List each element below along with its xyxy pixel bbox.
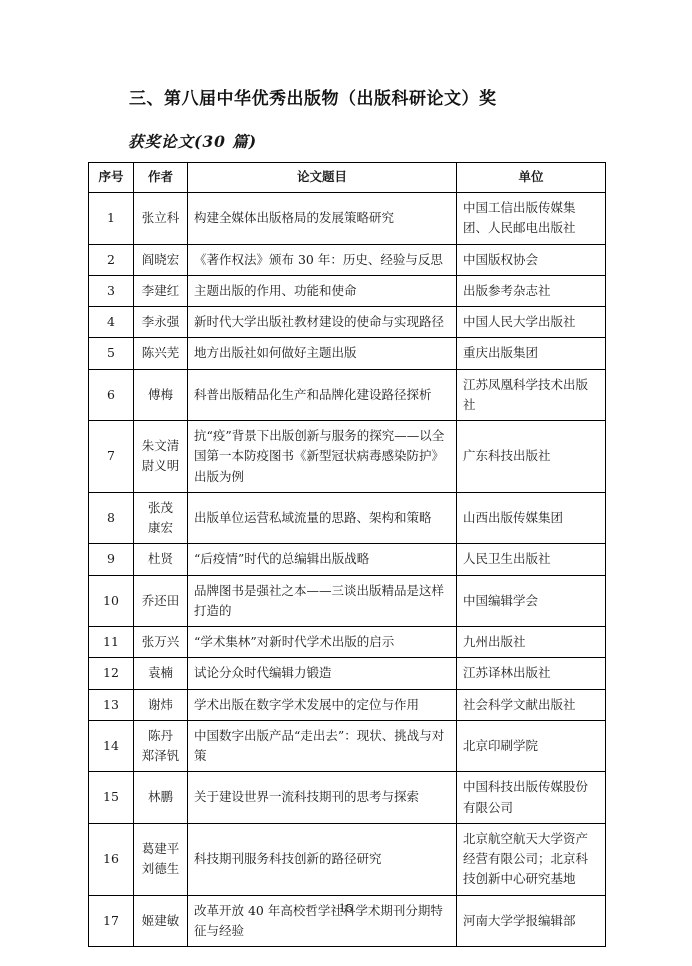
table-row: 14 陈丹 郑泽钒 中国数字出版产品“走出去”：现状、挑战与对策 北京印刷学院	[89, 720, 606, 772]
award-papers-table: 序号 作者 论文题目 单位 1 张立科 构建全媒体出版格局的发展策略研究 中国工…	[88, 162, 606, 947]
cell-paper-title: 试论分众时代编辑力锻造	[188, 658, 457, 689]
cell-organization: 江苏凤凰科学技术出版社	[457, 369, 606, 421]
table-header-row: 序号 作者 论文题目 单位	[89, 163, 606, 193]
cell-organization: 九州出版社	[457, 627, 606, 658]
cell-organization: 人民卫生出版社	[457, 544, 606, 575]
cell-author: 葛建平 刘德生	[134, 823, 188, 895]
cell-paper-title: 构建全媒体出版格局的发展策略研究	[188, 193, 457, 245]
cell-serial-number: 12	[89, 658, 134, 689]
cell-author: 张茂 康宏	[134, 492, 188, 544]
cell-organization: 山西出版传媒集团	[457, 492, 606, 544]
column-header-author: 作者	[134, 163, 188, 193]
cell-paper-title: 出版单位运营私域流量的思路、架构和策略	[188, 492, 457, 544]
table-row: 5 陈兴芜 地方出版社如何做好主题出版 重庆出版集团	[89, 338, 606, 369]
cell-serial-number: 10	[89, 575, 134, 627]
cell-author: 朱文清 尉义明	[134, 421, 188, 493]
cell-paper-title: 地方出版社如何做好主题出版	[188, 338, 457, 369]
cell-serial-number: 11	[89, 627, 134, 658]
table-row: 3 李建红 主题出版的作用、功能和使命 出版参考杂志社	[89, 275, 606, 306]
cell-serial-number: 3	[89, 275, 134, 306]
cell-paper-title: “后疫情”时代的总编辑出版战略	[188, 544, 457, 575]
cell-serial-number: 14	[89, 720, 134, 772]
column-header-no: 序号	[89, 163, 134, 193]
cell-author: 李永强	[134, 307, 188, 338]
cell-organization: 江苏译林出版社	[457, 658, 606, 689]
column-header-unit: 单位	[457, 163, 606, 193]
cell-author: 陈兴芜	[134, 338, 188, 369]
cell-serial-number: 13	[89, 689, 134, 720]
cell-author: 谢炜	[134, 689, 188, 720]
table-body: 1 张立科 构建全媒体出版格局的发展策略研究 中国工信出版传媒集团、人民邮电出版…	[89, 193, 606, 947]
cell-author: 李建红	[134, 275, 188, 306]
table-row: 9 杜贤 “后疫情”时代的总编辑出版战略 人民卫生出版社	[89, 544, 606, 575]
cell-serial-number: 7	[89, 421, 134, 493]
cell-serial-number: 9	[89, 544, 134, 575]
cell-organization: 社会科学文献出版社	[457, 689, 606, 720]
cell-author: 张立科	[134, 193, 188, 245]
table-row: 16 葛建平 刘德生 科技期刊服务科技创新的路径研究 北京航空航天大学资产经营有…	[89, 823, 606, 895]
cell-paper-title: 科普出版精品化生产和品牌化建设路径探析	[188, 369, 457, 421]
cell-organization: 中国工信出版传媒集团、人民邮电出版社	[457, 193, 606, 245]
cell-organization: 北京航空航天大学资产经营有限公司；北京科技创新中心研究基地	[457, 823, 606, 895]
section-heading: 三、第八届中华优秀出版物（出版科研论文）奖	[129, 84, 652, 109]
cell-paper-title: “学术集林”对新时代学术出版的启示	[188, 627, 457, 658]
cell-serial-number: 4	[89, 307, 134, 338]
cell-organization: 北京印刷学院	[457, 720, 606, 772]
cell-author: 傅梅	[134, 369, 188, 421]
cell-paper-title: 关于建设世界一流科技期刊的思考与探索	[188, 772, 457, 824]
column-header-title: 论文题目	[188, 163, 457, 193]
cell-author: 杜贤	[134, 544, 188, 575]
award-list-subtitle: 获奖论文(30 篇)	[128, 130, 652, 152]
cell-organization: 中国科技出版传媒股份有限公司	[457, 772, 606, 824]
cell-organization: 中国编辑学会	[457, 575, 606, 627]
table-row: 10 乔还田 品牌图书是强社之本——三谈出版精品是这样打造的 中国编辑学会	[89, 575, 606, 627]
cell-paper-title: 《著作权法》颁布 30 年：历史、经验与反思	[188, 244, 457, 275]
table-row: 4 李永强 新时代大学出版社教材建设的使命与实现路径 中国人民大学出版社	[89, 307, 606, 338]
cell-author: 林鹏	[134, 772, 188, 824]
cell-paper-title: 科技期刊服务科技创新的路径研究	[188, 823, 457, 895]
table-row: 12 袁楠 试论分众时代编辑力锻造 江苏译林出版社	[89, 658, 606, 689]
cell-author: 乔还田	[134, 575, 188, 627]
table-row: 13 谢炜 学术出版在数字学术发展中的定位与作用 社会科学文献出版社	[89, 689, 606, 720]
table-row: 7 朱文清 尉义明 抗“疫”背景下出版创新与服务的探究——以全国第一本防疫图书《…	[89, 421, 606, 493]
page-number: 15	[0, 901, 692, 915]
cell-organization: 广东科技出版社	[457, 421, 606, 493]
cell-serial-number: 5	[89, 338, 134, 369]
table-row: 1 张立科 构建全媒体出版格局的发展策略研究 中国工信出版传媒集团、人民邮电出版…	[89, 193, 606, 245]
cell-organization: 中国人民大学出版社	[457, 307, 606, 338]
cell-organization: 中国版权协会	[457, 244, 606, 275]
table-row: 11 张万兴 “学术集林”对新时代学术出版的启示 九州出版社	[89, 627, 606, 658]
table-row: 15 林鹏 关于建设世界一流科技期刊的思考与探索 中国科技出版传媒股份有限公司	[89, 772, 606, 824]
cell-paper-title: 抗“疫”背景下出版创新与服务的探究——以全国第一本防疫图书《新型冠状病毒感染防护…	[188, 421, 457, 493]
cell-paper-title: 中国数字出版产品“走出去”：现状、挑战与对策	[188, 720, 457, 772]
cell-serial-number: 8	[89, 492, 134, 544]
cell-paper-title: 品牌图书是强社之本——三谈出版精品是这样打造的	[188, 575, 457, 627]
table-row: 6 傅梅 科普出版精品化生产和品牌化建设路径探析 江苏凤凰科学技术出版社	[89, 369, 606, 421]
cell-author: 陈丹 郑泽钒	[134, 720, 188, 772]
cell-serial-number: 15	[89, 772, 134, 824]
cell-organization: 重庆出版集团	[457, 338, 606, 369]
table-row: 2 阎晓宏 《著作权法》颁布 30 年：历史、经验与反思 中国版权协会	[89, 244, 606, 275]
cell-organization: 出版参考杂志社	[457, 275, 606, 306]
cell-author: 张万兴	[134, 627, 188, 658]
cell-author: 袁楠	[134, 658, 188, 689]
cell-paper-title: 学术出版在数字学术发展中的定位与作用	[188, 689, 457, 720]
table-row: 8 张茂 康宏 出版单位运营私域流量的思路、架构和策略 山西出版传媒集团	[89, 492, 606, 544]
cell-author: 阎晓宏	[134, 244, 188, 275]
cell-serial-number: 1	[89, 193, 134, 245]
cell-paper-title: 主题出版的作用、功能和使命	[188, 275, 457, 306]
cell-serial-number: 16	[89, 823, 134, 895]
cell-serial-number: 6	[89, 369, 134, 421]
cell-paper-title: 新时代大学出版社教材建设的使命与实现路径	[188, 307, 457, 338]
document-page: 三、第八届中华优秀出版物（出版科研论文）奖 获奖论文(30 篇) 序号 作者 论…	[0, 0, 692, 966]
cell-serial-number: 2	[89, 244, 134, 275]
